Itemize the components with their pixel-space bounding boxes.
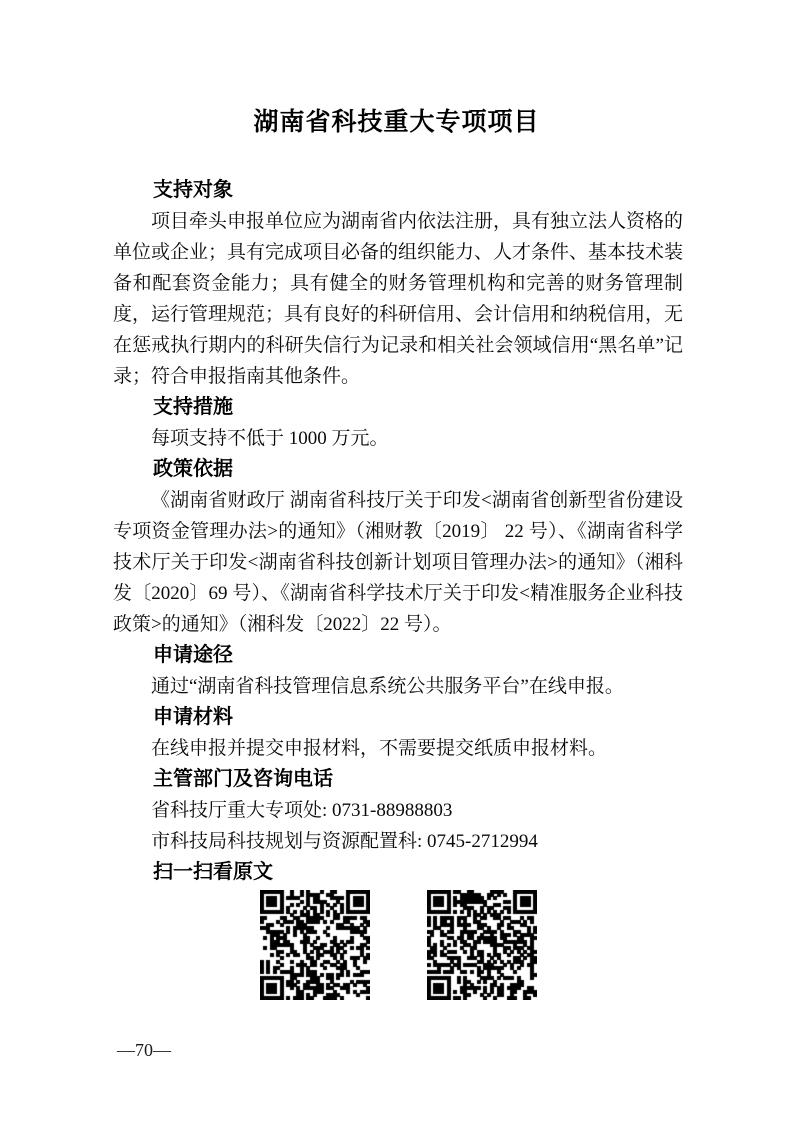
- section-heading-policy-basis: 政策依据: [113, 454, 683, 485]
- document-page: 湖南省科技重大专项项目 支持对象 项目牵头申报单位应为湖南省内依法注册，具有独立…: [0, 0, 793, 1122]
- section-heading-scan-original: 扫一扫看原文: [113, 857, 683, 888]
- qr-row: [113, 890, 683, 1000]
- section-heading-support-measures: 支持措施: [113, 392, 683, 423]
- section-heading-application-materials: 申请材料: [113, 702, 683, 733]
- support-target-paragraph: 项目牵头申报单位应为湖南省内依法注册，具有独立法人资格的单位或企业；具有完成项目…: [113, 206, 683, 392]
- section-heading-department-contacts: 主管部门及咨询电话: [113, 764, 683, 795]
- section-heading-support-target: 支持对象: [113, 175, 683, 206]
- qr-code-right: [427, 890, 537, 1000]
- section-heading-application-channel: 申请途径: [113, 640, 683, 671]
- page-number: —70—: [117, 1038, 171, 1062]
- contact-line-provincial: 省科技厅重大专项处: 0731-88988803: [113, 795, 683, 826]
- page-title: 湖南省科技重大专项项目: [0, 0, 793, 140]
- qr-code-left: [260, 890, 370, 1000]
- policy-basis-paragraph: 《湖南省财政厅 湖南省科技厅关于印发<湖南省创新型省份建设专项资金管理办法>的通…: [113, 485, 683, 640]
- document-body: 支持对象 项目牵头申报单位应为湖南省内依法注册，具有独立法人资格的单位或企业；具…: [113, 175, 683, 1000]
- support-measures-paragraph: 每项支持不低于 1000 万元。: [113, 423, 683, 454]
- application-materials-paragraph: 在线申报并提交申报材料，不需要提交纸质申报材料。: [113, 733, 683, 764]
- application-channel-paragraph: 通过“湖南省科技管理信息系统公共服务平台”在线申报。: [113, 671, 683, 702]
- contact-line-municipal: 市科技局科技规划与资源配置科: 0745-2712994: [113, 826, 683, 857]
